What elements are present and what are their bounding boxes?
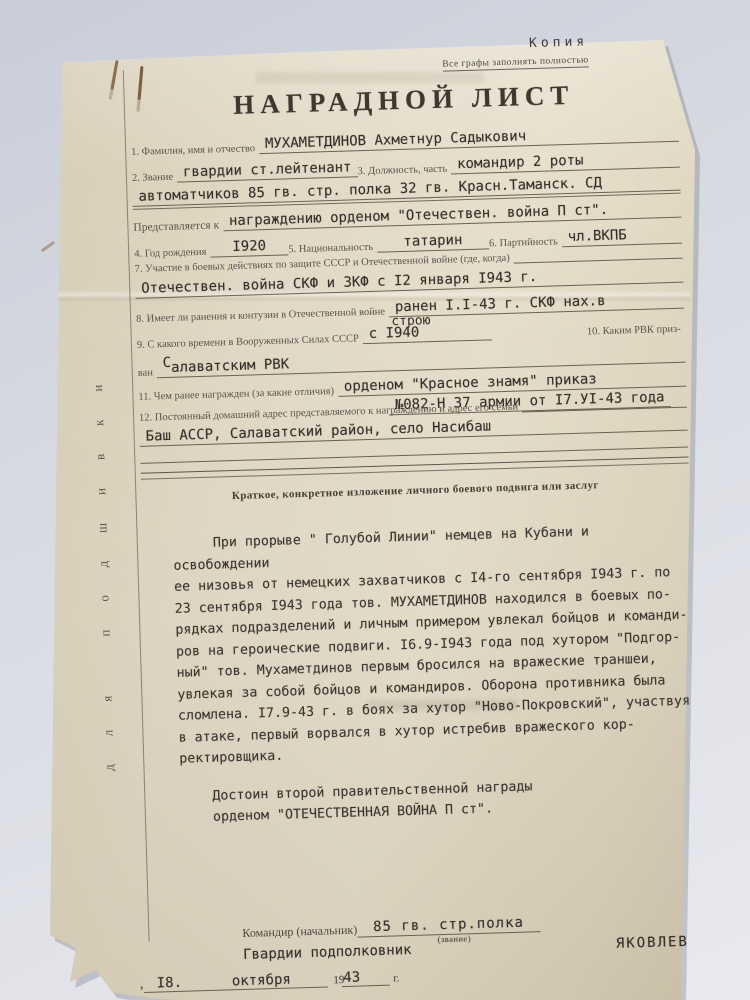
date-year: 43 [341, 968, 389, 986]
form-content: для подшивки Копия Все графы заполнять п… [128, 28, 704, 992]
field-rvk-label2: ван [138, 367, 157, 379]
field-position-value: командир 2 роты [451, 150, 680, 175]
blank-row [140, 447, 688, 464]
copy-block: Копия Все графы заполнять полностью [128, 34, 589, 81]
signature-name: ЯКОВЛЕВ [616, 933, 693, 951]
desk-debris [41, 241, 56, 253]
field-wounds-value: ранен I.I-43 г. СКФ нах.в [389, 291, 684, 318]
unit-value: 85 гв. стр.полка(звание) [357, 914, 540, 937]
commander-label: Командир (начальник) [242, 922, 357, 940]
rank-value: Гвардии подполковник [243, 941, 412, 962]
field-wounds-carryover: строю [391, 313, 431, 329]
date-suffix: г. [389, 972, 399, 985]
field-rvk-value-initial: С [162, 355, 171, 371]
field-rvk-value-rest: алаватским РВК [171, 356, 289, 375]
summary-heading: Краткое, конкретное изложение личного бо… [141, 477, 689, 505]
document-photo: для подшивки Копия Все графы заполнять п… [0, 0, 750, 1000]
field-position-label: 3. Должность, часть [357, 163, 451, 177]
field-rank-label: 2. Звание [132, 172, 177, 184]
date-day: I8. [143, 974, 195, 993]
form-title: НАГРАДНОЙ ЛИСТ [129, 77, 678, 124]
blank-underline [426, 339, 492, 342]
field-service-label: 9. С какого времени в Вооруженных Силах … [137, 333, 363, 351]
field-nationality-value: татарин [377, 231, 489, 252]
field-name-label: 1. Фамилия, имя и отчество [131, 143, 259, 158]
field-rvk-label: 10. Каким РВК приз- [491, 324, 685, 341]
blank-underline [514, 258, 683, 264]
unit-text: 85 гв. стр.полка [373, 914, 524, 934]
field-rank-value: гвардии ст.лейтенант [177, 159, 358, 182]
summary-body: При прорыве " Голубой Линии" немцев на К… [173, 519, 698, 771]
field-birthyear-value: I920 [210, 237, 288, 257]
rank-caption: (звание) [437, 933, 471, 944]
field-wounds-label: 8. Имеет ли ранения и контузии в Отечест… [136, 306, 389, 324]
field-nationality-label: 5. Национальность [288, 242, 377, 256]
field-party-value: чл.ВКПБ [561, 226, 682, 248]
field-birthyear-label: 4. Год рождения [134, 247, 210, 260]
field-party-label: 6. Партийность [489, 236, 562, 249]
field-awards-label: 11. Чем ранее награжден (за какие отличи… [138, 386, 338, 403]
conclusion-block: Достоин второй правительственной награды… [212, 771, 699, 828]
blank-underline [140, 447, 688, 464]
field-presented-label: Представляется к [133, 219, 223, 234]
fill-instruction: Все графы заполнять полностью [442, 55, 589, 71]
field-name-value: МУХАМЕТДИНОВ Ахметнур Садыкович [259, 124, 679, 154]
